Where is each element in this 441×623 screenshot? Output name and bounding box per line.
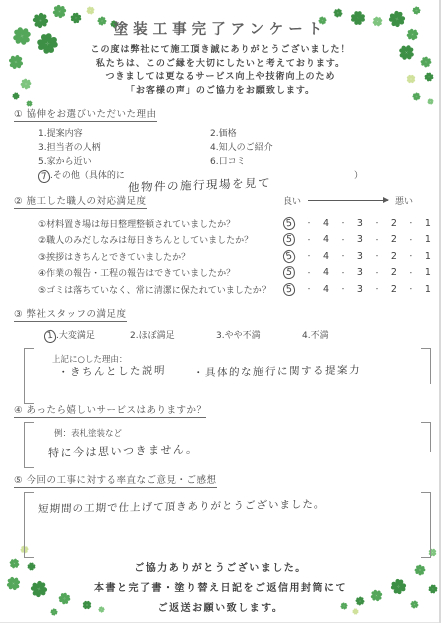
question-label: ③挨拶はきちんとできていましたか？ [14,250,283,263]
selected-rating-5: 5 [282,265,296,280]
clover-icon [86,6,95,15]
footer-line: 本書と完了書・塗り替え日記をご返信用封筒にて [0,579,441,599]
intro-text: この度は弊社にて施工頂き誠にありがとうございました！ 私たちは、このご縁を大切に… [0,44,441,98]
selected-rating-5: 5 [283,282,296,296]
scale-header: 良い 悪い [283,194,435,207]
section5-heading: ⑤ 今回の工事に対する率直なご意見・ご感想 [14,472,431,488]
handwritten-service-answer: 特に今は思いつきません。 [34,441,199,461]
question-label: ⑤ゴミは落ちていなく、常に清潔に保たれていましたか？ [14,283,283,296]
clover-icon [427,98,434,105]
question-label: ②職人のみだしなみは毎日きちんとしていましたか？ [14,233,283,246]
question-row: ①材料置き場は毎日整理整頓されていましたか？ 5・4・3・2・1 [14,215,435,232]
option-6: 6.口コミ [210,155,246,169]
page-title: 塗装工事完了アンケート [0,18,441,39]
intro-line: つきましては更なるサービス向上や技術向上のため [0,71,441,85]
rating-scale: 5・4・3・2・1 [283,250,435,263]
option-very-satisfied: 1.大変満足 [44,329,130,344]
footer-line: ご返送お願い致します。 [0,599,441,619]
selected-rating-5: 5 [282,216,295,230]
section-comments: ⑤ 今回の工事に対する率直なご意見・ご感想 短期間の工期で仕上げて頂きありがとう… [14,472,431,558]
satisfaction-options: 1.大変満足 2.ほぼ満足 3.やや不満 4.不満 [14,329,431,344]
footer-message: ご協力ありがとうございました。 本書と完了書・塗り替え日記をご返信用封筒にて ご… [0,559,441,619]
section-desired-services: ④ あったら嬉しいサービスはありますか？ 例：表札塗装など 特に今は思いつきませ… [14,402,431,468]
section-craftsman-satisfaction: ② 施工した職人の対応満足度 良い 悪い ①材料置き場は毎日整理整頓されていまし… [14,193,435,298]
question-label: ④作業の報告・工程の報告はできていましたか？ [14,266,283,279]
rating-scale: 5・4・3・2・1 [283,266,435,279]
option-4: 4.知人のご紹介 [210,141,273,155]
question-row: ④作業の報告・工程の報告はできていましたか？ 5・4・3・2・1 [14,265,435,282]
comments-box: 短期間の工期で仕上げて頂きありがとうございました。 [14,492,431,558]
intro-line: この度は弊社にて施工頂き誠にありがとうございました！ [0,44,441,58]
handwritten-other-answer: 他物件の施行現場を見て [128,175,271,194]
circled-number-1: 1 [43,329,56,343]
handwritten-reason: ・きちんとした説明 [34,364,167,382]
rating-scale: 5・4・3・2・1 [283,233,435,246]
intro-line: 私たちは、このご縁を大切にしたいと考えております。 [0,58,441,72]
selected-rating-5: 5 [282,233,295,247]
section4-heading: ④ あったら嬉しいサービスはありますか？ [14,402,431,418]
option-2: 2.価格 [210,127,237,141]
option-5: 5.家から近い [38,155,210,169]
option-mostly-satisfied: 2.ほぼ満足 [130,329,216,344]
survey-sheet: 塗装工事完了アンケート この度は弊社にて施工頂き誠にありがとうございました！ 私… [0,0,441,623]
example-label: 例：表札塗装など [34,427,413,439]
selected-rating-5: 5 [282,248,297,264]
clover-icon [412,6,421,15]
question-row: ②職人のみだしなみは毎日きちんとしていましたか？ 5・4・3・2・1 [14,232,435,249]
scale-good-label: 良い [283,194,301,207]
other-close-paren: ） [354,169,363,183]
section2-heading: ② 施工した職人の対応満足度 [14,193,147,209]
option-1: 1.提案内容 [38,127,210,141]
option-somewhat-unsatisfied: 3.やや不満 [216,329,302,344]
clover-icon [52,4,67,19]
clover-icon [333,8,343,18]
circled-number-7: 7 [37,169,50,183]
other-label: .その他（具体的に [50,171,125,181]
section-staff-satisfaction: ③ 弊社スタッフの満足度 1.大変満足 2.ほぼ満足 3.やや不満 4.不満 上… [14,306,431,404]
section3-heading: ③ 弊社スタッフの満足度 [14,306,431,322]
handwritten-reason: ・具体的な施行に関する提案力 [169,363,362,382]
reason-box: 上記に○した理由： ・きちんとした説明 ・具体的な施行に関する提案力 [14,348,431,404]
option-3: 3.担当者の人柄 [38,141,210,155]
rating-scale: 5・4・3・2・1 [283,283,435,296]
reason-options: 1.提案内容 2.価格 3.担当者の人柄 4.知人のご紹介 5.家から近い 6.… [14,127,435,201]
question-row: ③挨拶はきちんとできていましたか？ 5・4・3・2・1 [14,248,435,265]
scale-bad-label: 悪い [395,194,413,207]
intro-line: 「お客様の声」のご協力をお願致します。 [0,85,441,99]
section-reason: ① 協伸をお選びいただいた理由 1.提案内容 2.価格 3.担当者の人柄 4.知… [14,106,435,201]
service-answer-box: 例：表札塗装など 特に今は思いつきません。 [14,422,431,468]
section1-heading: ① 協伸をお選びいただいた理由 [14,106,435,122]
footer-line: ご協力ありがとうございました。 [0,559,441,579]
option-unsatisfied: 4.不満 [302,329,388,344]
question-row: ⑤ゴミは落ちていなく、常に清潔に保たれていましたか？ 5・4・3・2・1 [14,281,435,298]
handwritten-comment: 短期間の工期で仕上げて頂きありがとうございました。 [34,496,326,516]
arrow-good-to-bad-icon [308,200,388,201]
question-label: ①材料置き場は毎日整理整頓されていましたか？ [14,217,283,230]
rating-scale: 5・4・3・2・1 [283,217,435,230]
